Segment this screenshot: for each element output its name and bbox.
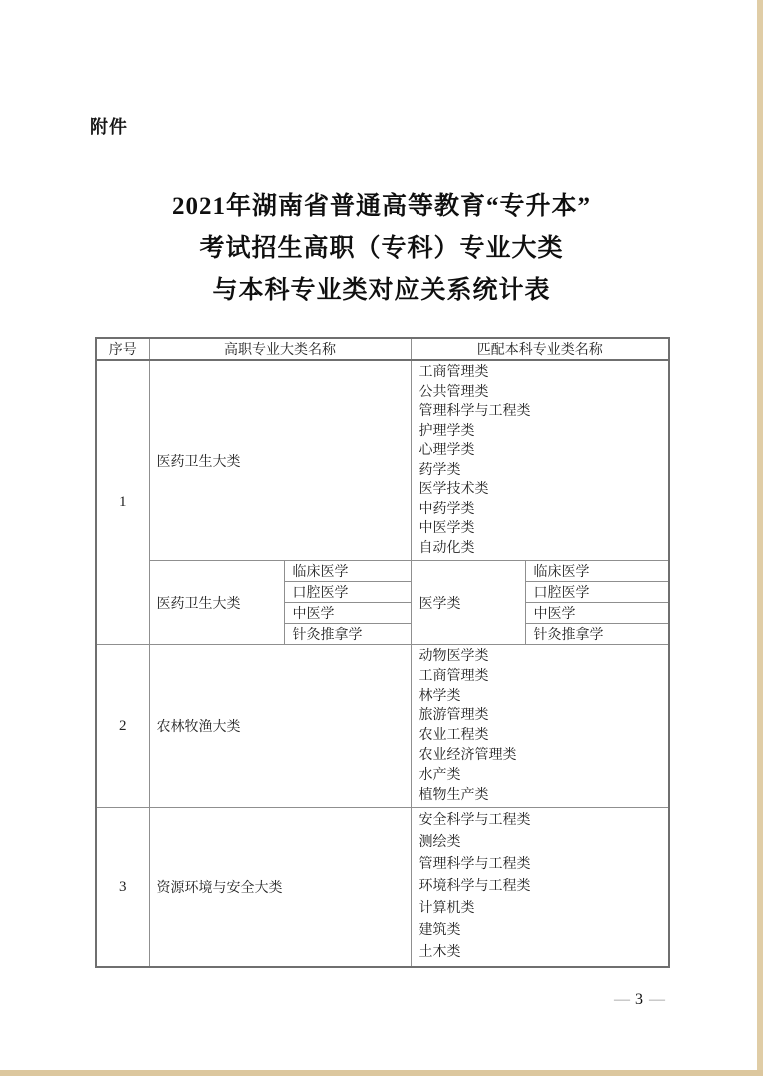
match-item: 公共管理类 [419, 383, 667, 403]
match-item: 计算机类 [419, 898, 667, 920]
header-undergraduate: 匹配本科专业类名称 [411, 338, 669, 360]
row1b-undergraduate-major: 临床医学 [525, 561, 669, 582]
row1b-vocational-category: 医药卫生大类 [149, 561, 284, 645]
table-row: 2 农林牧渔大类 动物医学类工商管理类林学类旅游管理类农业工程类农业经济管理类水… [96, 645, 669, 808]
row2-index: 2 [96, 645, 149, 808]
header-index: 序号 [96, 338, 149, 360]
match-item: 管理科学与工程类 [419, 854, 667, 876]
match-item: 管理科学与工程类 [419, 402, 667, 422]
match-item: 自动化类 [419, 539, 667, 559]
match-item: 药学类 [419, 461, 667, 481]
page-number-dash-left: — [614, 991, 629, 1008]
page-number-value: 3 [629, 991, 649, 1008]
document-title: 2021年湖南省普通高等教育“专升本” 考试招生高职（专科）专业大类 与本科专业… [0, 186, 763, 312]
scan-edge-bottom [0, 1070, 763, 1076]
page-number: —3— [614, 991, 664, 1009]
match-item: 农业经济管理类 [419, 746, 667, 766]
correspondence-table: 序号 高职专业大类名称 匹配本科专业类名称 1 医药卫生大类 工商管理类公共管理… [95, 337, 670, 968]
document-page: 附件 2021年湖南省普通高等教育“专升本” 考试招生高职（专科）专业大类 与本… [0, 0, 763, 1076]
title-line-1: 2021年湖南省普通高等教育“专升本” [0, 186, 763, 228]
match-item: 植物生产类 [419, 786, 667, 806]
match-item: 土木类 [419, 942, 667, 964]
match-item: 中药学类 [419, 500, 667, 520]
title-line-3: 与本科专业类对应关系统计表 [0, 270, 763, 312]
match-item: 林学类 [419, 687, 667, 707]
match-item: 建筑类 [419, 920, 667, 942]
match-item: 中医学类 [419, 519, 667, 539]
table-row: 3 资源环境与安全大类 安全科学与工程类测绘类管理科学与工程类环境科学与工程类计… [96, 808, 669, 968]
row1b-vocational-major: 口腔医学 [284, 582, 411, 603]
match-item: 心理学类 [419, 441, 667, 461]
table-row: 医药卫生大类 临床医学 医学类 临床医学 [96, 561, 669, 582]
match-item: 环境科学与工程类 [419, 876, 667, 898]
table-header-row: 序号 高职专业大类名称 匹配本科专业类名称 [96, 338, 669, 360]
row1b-undergraduate-major: 针灸推拿学 [525, 624, 669, 645]
row1b-undergraduate-major: 中医学 [525, 603, 669, 624]
row1b-vocational-major: 临床医学 [284, 561, 411, 582]
row1b-vocational-major: 针灸推拿学 [284, 624, 411, 645]
page-number-dash-right: — [649, 991, 664, 1008]
row1b-vocational-major: 中医学 [284, 603, 411, 624]
row1-index: 1 [96, 360, 149, 645]
row3-index: 3 [96, 808, 149, 968]
match-item: 动物医学类 [419, 647, 667, 667]
row3-match-list: 安全科学与工程类测绘类管理科学与工程类环境科学与工程类计算机类建筑类土木类 [411, 808, 669, 968]
row1b-undergraduate-category: 医学类 [411, 561, 525, 645]
match-item: 安全科学与工程类 [419, 810, 667, 832]
match-item: 水产类 [419, 766, 667, 786]
row2-vocational-category: 农林牧渔大类 [149, 645, 411, 808]
row2-match-list: 动物医学类工商管理类林学类旅游管理类农业工程类农业经济管理类水产类植物生产类 [411, 645, 669, 808]
match-item: 测绘类 [419, 832, 667, 854]
match-item: 护理学类 [419, 422, 667, 442]
header-vocational: 高职专业大类名称 [149, 338, 411, 360]
match-item: 农业工程类 [419, 726, 667, 746]
match-item: 医学技术类 [419, 480, 667, 500]
scan-edge-right [757, 0, 763, 1076]
row1-match-list: 工商管理类公共管理类管理科学与工程类护理学类心理学类药学类医学技术类中药学类中医… [411, 360, 669, 561]
attachment-label: 附件 [90, 113, 128, 139]
row1b-undergraduate-major: 口腔医学 [525, 582, 669, 603]
row3-vocational-category: 资源环境与安全大类 [149, 808, 411, 968]
title-line-2: 考试招生高职（专科）专业大类 [0, 228, 763, 270]
table-row: 1 医药卫生大类 工商管理类公共管理类管理科学与工程类护理学类心理学类药学类医学… [96, 360, 669, 561]
match-item: 工商管理类 [419, 363, 667, 383]
row1-vocational-category: 医药卫生大类 [149, 360, 411, 561]
match-item: 旅游管理类 [419, 706, 667, 726]
match-item: 工商管理类 [419, 667, 667, 687]
